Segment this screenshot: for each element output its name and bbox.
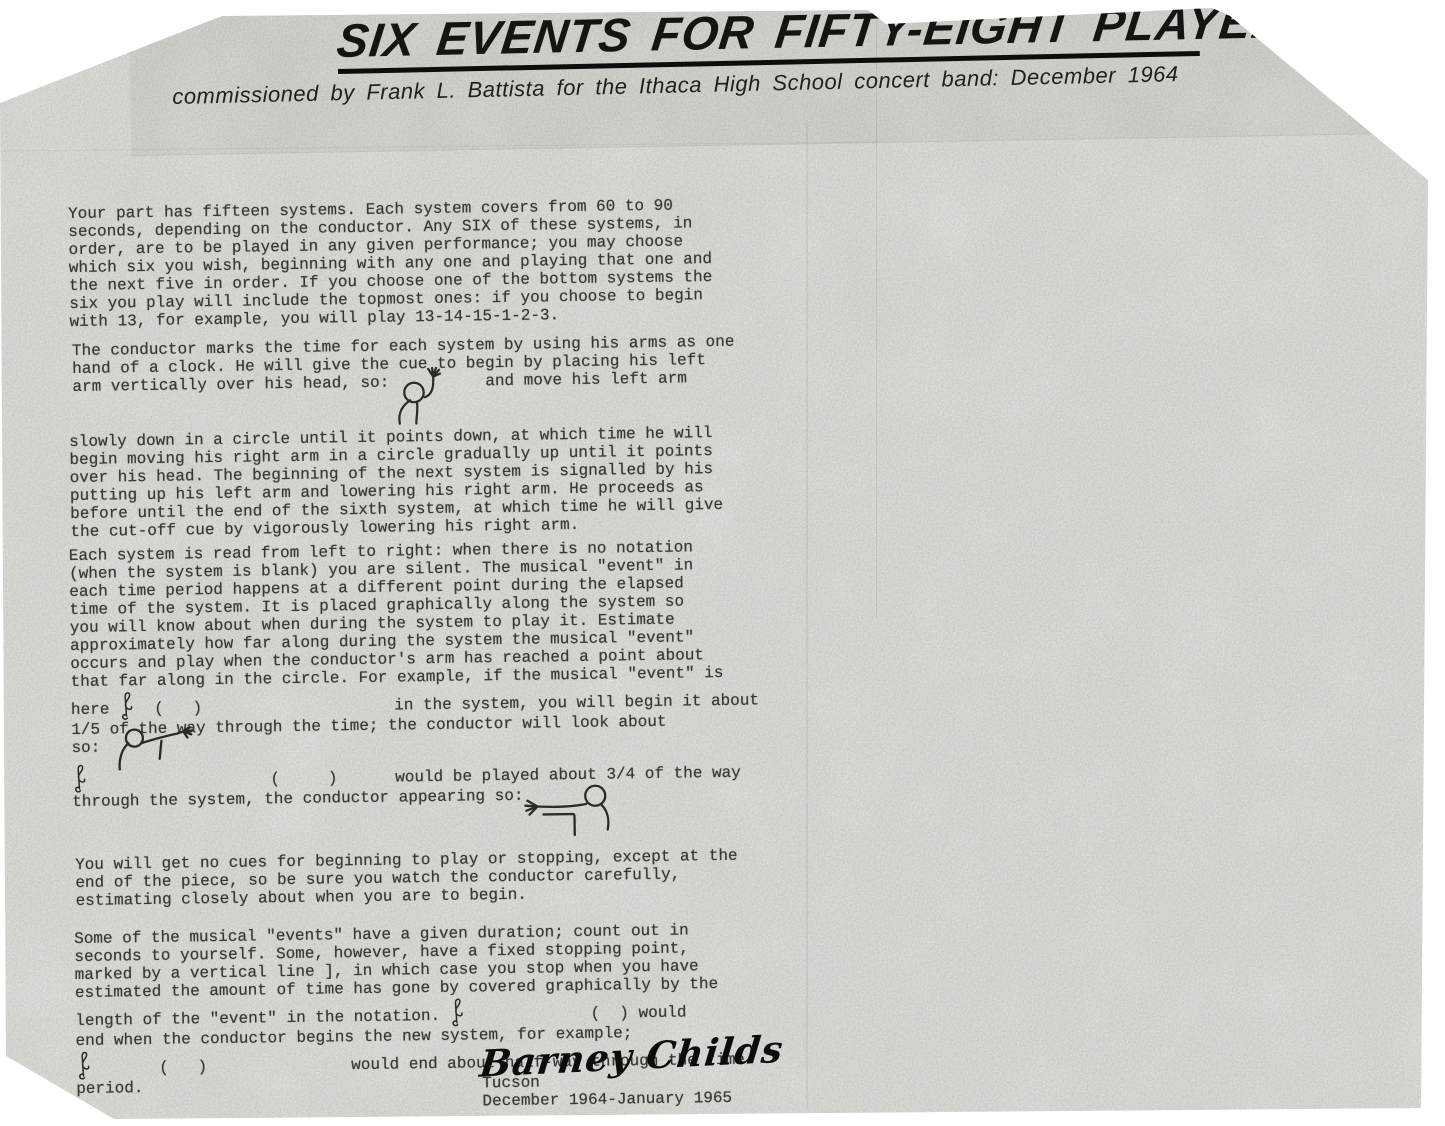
scanned-page: SIX EVENTS FOR FIFTY-EIGHT PLAYERS commi… — [0, 0, 1445, 1126]
para-reading-systems: Each system is read from left to right: … — [69, 537, 760, 757]
para-reading-part1: Each system is read from left to right: … — [69, 538, 724, 719]
para-no-cues: You will get no cues for beginning to pl… — [75, 847, 738, 910]
para-systems: Your part has fifteen systems. Each syst… — [68, 196, 713, 331]
typed-content: Your part has fifteen systems. Each syst… — [0, 0, 1445, 1126]
para-arm-circle: slowly down in a circle until it points … — [69, 424, 723, 541]
treble-clef-icon — [120, 690, 134, 720]
example-line-text: ( ) would be played about 3/4 of the way… — [72, 764, 741, 811]
treble-clef-icon — [73, 763, 87, 793]
scan-canvas: SIX EVENTS FOR FIFTY-EIGHT PLAYERS commi… — [0, 0, 1445, 1126]
example-three-quarters-line: ( ) would be played about 3/4 of the way… — [72, 754, 742, 811]
conductor-arm-horizontal-figure — [521, 778, 624, 843]
signature-place: Tucson — [482, 1074, 540, 1093]
conductor-arm-raised-figure — [388, 366, 467, 435]
treble-clef-icon — [77, 1050, 91, 1080]
treble-clef-icon — [450, 997, 464, 1027]
signature-date: December 1964-January 1965 — [482, 1089, 732, 1110]
